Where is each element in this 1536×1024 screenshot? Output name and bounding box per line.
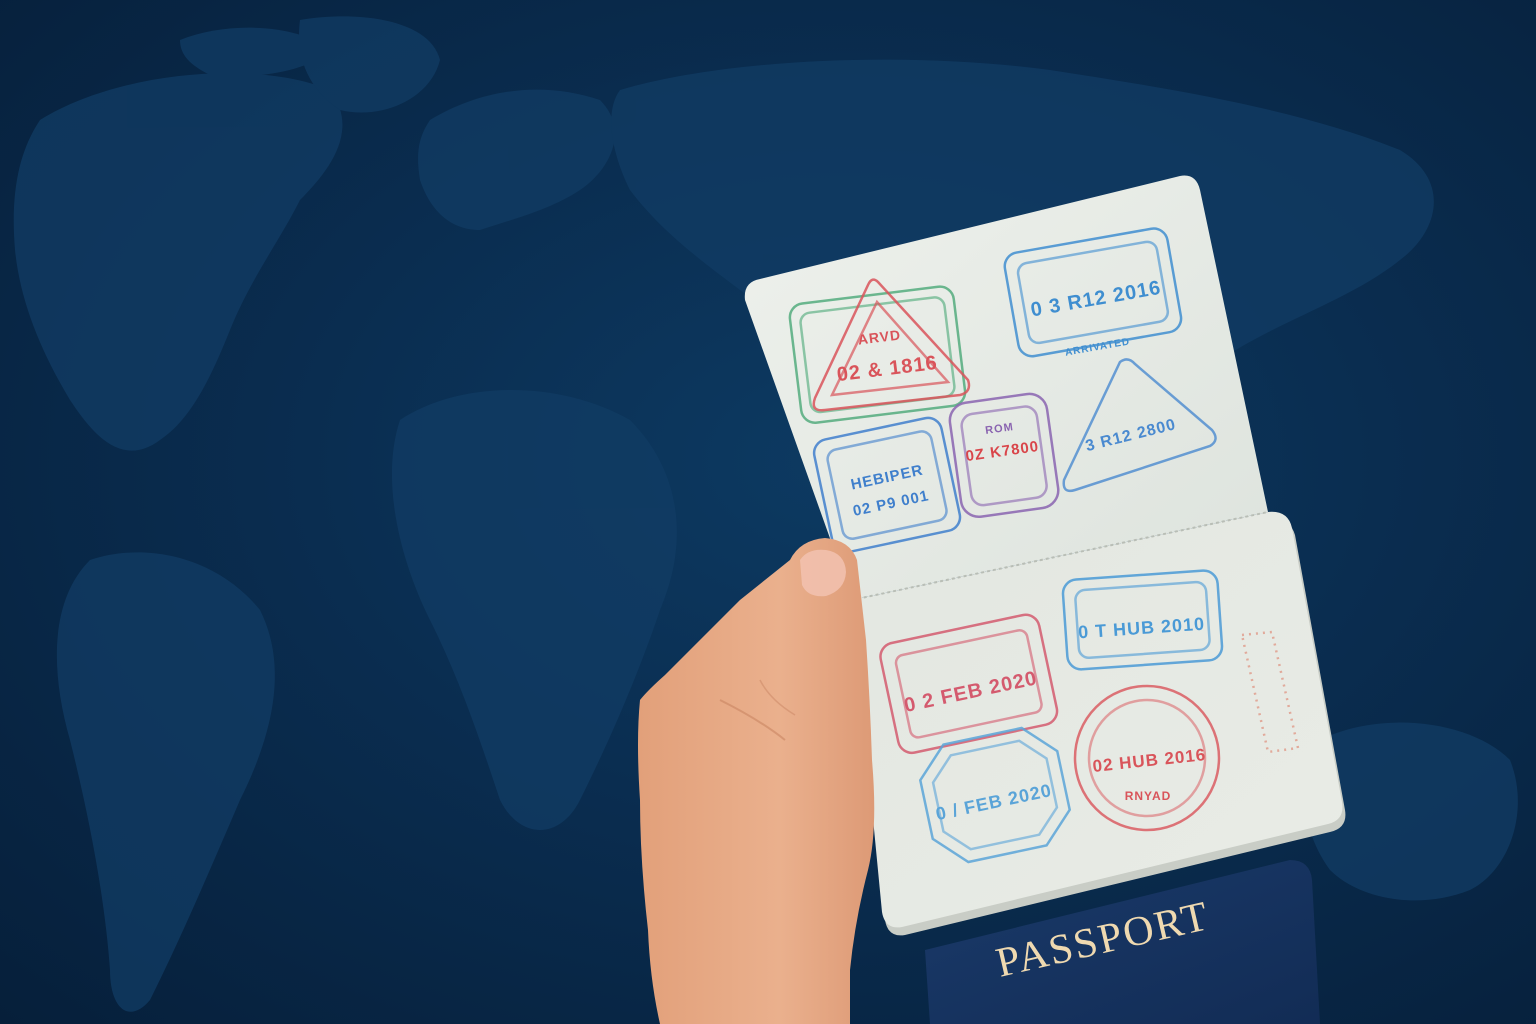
passport-scene: ARVD 02 & 1816 0 3 R12 2016 ARRIVATED HE… [0,0,1536,1024]
svg-text:RNYAD: RNYAD [1125,789,1172,803]
hand [638,538,874,1024]
